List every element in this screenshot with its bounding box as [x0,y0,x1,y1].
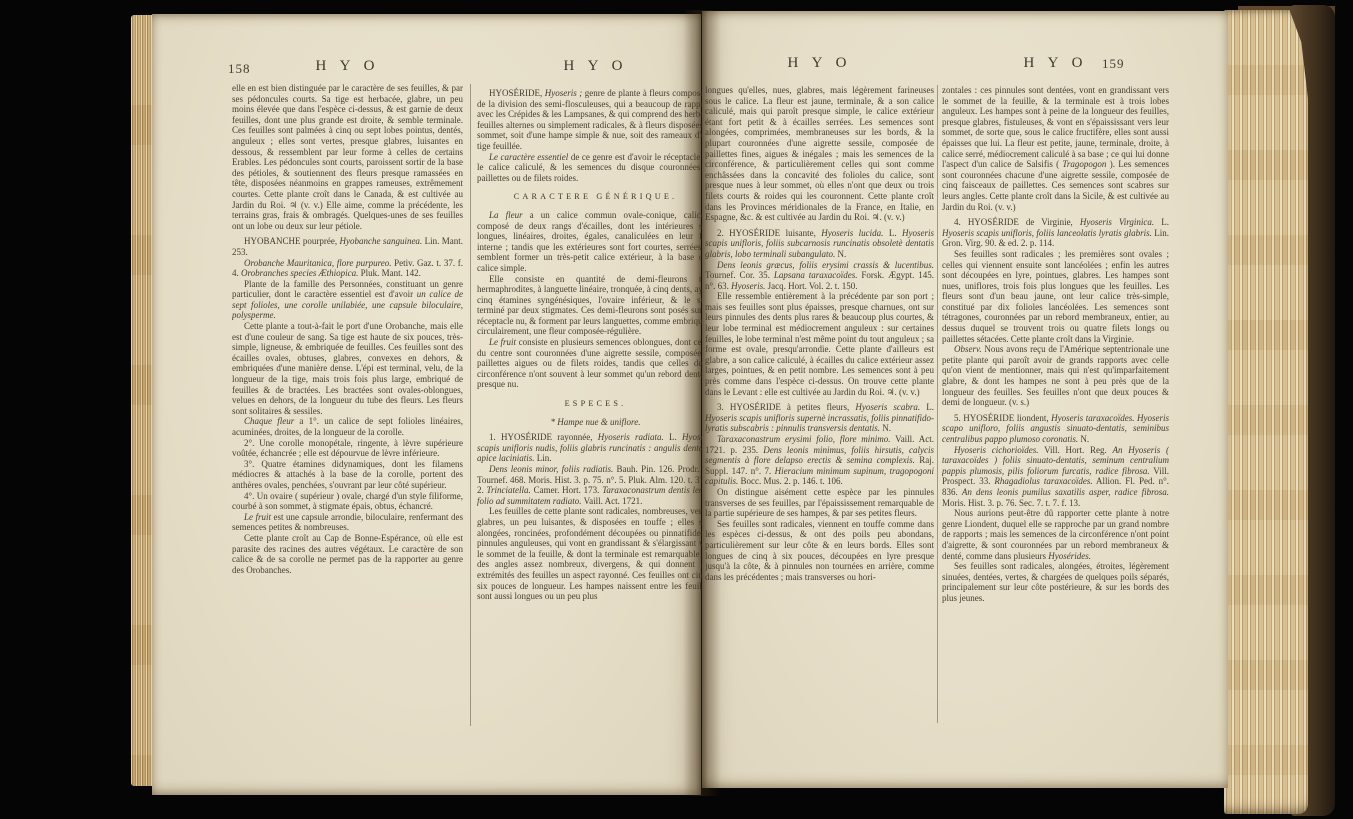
text-run: Ses feuilles sont radicales, viennent en… [705,519,934,582]
text-run: Hyosérides. [1048,551,1091,561]
text-run: Hyoseris Virginica. [1080,217,1154,227]
paragraph: HYOSÉRIDE, Hyoseris ; genre de plante à … [477,88,714,152]
text-run: Ses feuilles sont radicales ; les premiè… [942,249,1169,344]
text-column: elle en est bien distinguée par le carac… [232,83,463,741]
paragraph: Hyoseris cichorioïdes. Vill. Hort. Reg. … [942,445,1169,509]
paragraph: Dens leonis græcus, foliis erysimi crass… [705,260,934,292]
paragraph: Le fruit consiste en plusieurs semences … [477,337,714,390]
text-run: Hyoseris taraxacoïdes. [1051,413,1134,423]
text-run: N. [1078,434,1089,444]
paragraph: Chaque fleur a 1°. un calice de sept fol… [232,416,463,437]
paragraph: Elle consiste en quantité de demi-fleuro… [477,274,714,338]
text-run: 3°. Quatre étamines didynamiques, dont l… [232,459,463,490]
text-run: Elle consiste en quantité de demi-fleuro… [477,274,714,337]
text-run: Hyoseris scapis unifloris supernè incras… [705,413,934,434]
text-run: 2. HYOSÉRIDE luisante, [717,228,821,238]
text-run: Hyoseris ; [545,88,583,98]
book-photo: 158 H Y O H Y O elle en est bien disting… [0,0,1353,819]
paragraph: Ses feuilles sont radicales ; les premiè… [942,249,1169,344]
text-column: HYOSÉRIDE, Hyoseris ; genre de plante à … [477,83,714,741]
text-run: Dens leonis græcus, foliis erysimi crass… [717,260,934,270]
text-run: Hyobanche sanguinea. [340,236,423,246]
text-run: Lapsana taraxacoïdes. [774,270,858,280]
text-run: On distingue aisément cette espèce par l… [705,487,934,518]
text-run: 2°. Une corolle monopétale, ringente, à … [232,438,463,459]
text-run: Tournef. Cor. 35. [705,270,774,280]
text-run: Cette plante a tout-à-fait le port d'une… [232,321,463,416]
text-run: ESPECES. [565,399,627,408]
text-run: N. [835,249,846,259]
text-run: Ses feuilles sont radicales, alongées, é… [942,561,1169,603]
right-page: H Y O H Y O 159 longues qu'elles, nues, … [702,11,1228,788]
right-fore-edge [1224,10,1308,814]
paragraph: 4. HYOSÉRIDE de Virginie, Hyoseris Virgi… [942,217,1169,249]
paragraph: 5. HYOSÉRIDE liondent, Hyoseris taraxaco… [942,413,1169,445]
text-run: Vaill. Act. 1721. [582,496,643,506]
paragraph: zontales : ces pinnules sont dentées, vo… [942,85,1169,212]
text-run: Camer. Hort. 173. [531,485,602,495]
text-run: Jacq. Hort. Vol. 2. t. 150. [765,281,857,291]
paragraph: Orobanche Mauritanica, flore purpureo. P… [232,258,463,279]
paragraph: Plante de la famille des Personnées, con… [232,279,463,321]
text-run: Hyoseris scapis unifloris, foliis lanceo… [942,228,1152,238]
text-run: Chaque fleur [244,416,294,426]
section-heading: CARACTERE GÉNÉRIQUE. [477,192,714,203]
text-run: Hyoseris lucida. [821,228,883,238]
section-heading: * Hampe nue & uniflore. [477,417,714,428]
text-run: Les feuilles de cette plante sont radica… [477,506,714,601]
text-run: L. [664,432,682,442]
text-run: La fleur [489,210,523,220]
column-rule [470,84,471,726]
text-run: * Hampe nue & uniflore. [551,417,641,427]
text-run: longues qu'elles, nues, glabres, mais lé… [705,85,934,222]
paragraph: Ses feuilles sont radicales, alongées, é… [942,561,1169,603]
paragraph: Le fruit est une capsule arrondie, biloc… [232,512,463,533]
text-run: L. [920,402,934,412]
text-run: Hyoseris radiata. [598,432,664,442]
paragraph: 3°. Quatre étamines didynamiques, dont l… [232,459,463,491]
text-run: elle en est bien distinguée par le carac… [232,83,463,231]
left-fore-edge [131,15,153,786]
page-number-right: 159 [1102,56,1125,72]
text-run: Hyoseris. [731,281,765,291]
section-heading: ESPECES. [477,399,714,410]
paragraph: Les feuilles de cette plante sont radica… [477,506,714,601]
text-run: L. [883,228,902,238]
paragraph: HYOBANCHE pourprée, Hyobanche sanguinea.… [232,236,463,257]
paragraph: Le caractère essentiel de ce genre est d… [477,152,714,184]
paragraph: 2. HYOSÉRIDE luisante, Hyoseris lucida. … [705,228,934,260]
text-column: zontales : ces pinnules sont dentées, vo… [942,85,1169,735]
text-run: Rhagadiolus taraxacoïdes. [994,476,1092,486]
text-run: 4. HYOSÉRIDE de Virginie, [954,217,1080,227]
text-run: HYOSÉRIDE, [489,88,545,98]
text-run: Hyoseris cichorioïdes. [954,445,1038,455]
text-run: Taraxaconastrum erysimi folio, flore min… [717,434,891,444]
paragraph: Cette plante croît au Cap de Bonne-Espér… [232,533,463,575]
text-run: HYOBANCHE pourprée, [244,236,340,246]
running-head: H Y O [705,55,934,72]
paragraph: Cette plante a tout-à-fait le port d'une… [232,321,463,416]
text-run: Bocc. Mus. 2. p. 146. t. 106. [738,476,843,486]
paragraph: La fleur a un calice commun ovale-coniqu… [477,210,714,274]
text-run: Observ. [954,344,982,354]
text-run: zontales : ces pinnules sont dentées, vo… [942,85,1169,169]
text-run: Elle ressemble entièrement à la précéden… [705,291,934,396]
text-run: Pluk. Mant. 142. [358,268,421,278]
text-run: Le fruit [244,512,271,522]
paragraph: Taraxaconastrum erysimi folio, flore min… [705,434,934,487]
paragraph: On distingue aisément cette espèce par l… [705,487,934,519]
text-run: Moris. Hist. 3. p. 76. Sec. 7. t. 7. f. … [942,498,1080,508]
paragraph: 2°. Une corolle monopétale, ringente, à … [232,438,463,459]
text-run: Le caractère essentiel [489,152,568,162]
text-run: 3. HYOSÉRIDE à petites fleurs, [717,402,855,412]
paragraph: Elle ressemble entièrement à la précéden… [705,291,934,397]
paragraph: Dens leonis minor, foliis radiatis. Bauh… [477,464,714,506]
text-run: 5. HYOSÉRIDE liondent, [954,413,1051,423]
text-run: Lin. [535,453,552,463]
running-head: H Y O [942,55,1169,72]
text-run: 1. HYOSÉRIDE rayonnée, [489,432,598,442]
text-run: Orobanche Mauritanica, flore purpureo. [244,258,392,268]
paragraph: Observ. Nous avons reçu de l'Amérique se… [942,344,1169,408]
text-run: Le fruit [489,337,516,347]
paragraph: longues qu'elles, nues, glabres, mais lé… [705,85,934,223]
paragraph: 1. HYOSÉRIDE rayonnée, Hyoseris radiata.… [477,432,714,464]
running-head: H Y O [477,58,714,75]
paragraph: Ses feuilles sont radicales, viennent en… [705,519,934,583]
paragraph: elle en est bien distinguée par le carac… [232,83,463,231]
running-head: H Y O [232,58,463,75]
text-run: 4°. Un ovaire ( supérieur ) ovale, charg… [232,491,463,512]
left-page: 158 H Y O H Y O elle en est bien disting… [152,14,701,795]
text-run: Dens leonis minor, foliis radiatis. [489,464,613,474]
text-run: L. [1154,217,1169,227]
text-run: An dens leonis pumilus saxatilis asper, … [962,487,1169,497]
paragraph: Nous aurions peut-être dû rapporter cett… [942,508,1169,561]
text-run: CARACTERE GÉNÉRIQUE. [514,192,678,201]
text-run: Orobranches species Æthiopica. [241,268,358,278]
column-rule [937,85,938,723]
text-run: Tragopogon [1062,159,1106,169]
text-run: Cette plante croît au Cap de Bonne-Espér… [232,533,463,575]
text-run: Hyoseris scabra. [855,402,920,412]
text-run: Trinciatella. [487,485,531,495]
text-run: Vill. Hort. Reg. [1038,445,1112,455]
text-run: N. [880,423,891,433]
text-column: longues qu'elles, nues, glabres, mais lé… [705,85,934,735]
paragraph: 4°. Un ovaire ( supérieur ) ovale, charg… [232,491,463,512]
paragraph: 3. HYOSÉRIDE à petites fleurs, Hyoseris … [705,402,934,434]
